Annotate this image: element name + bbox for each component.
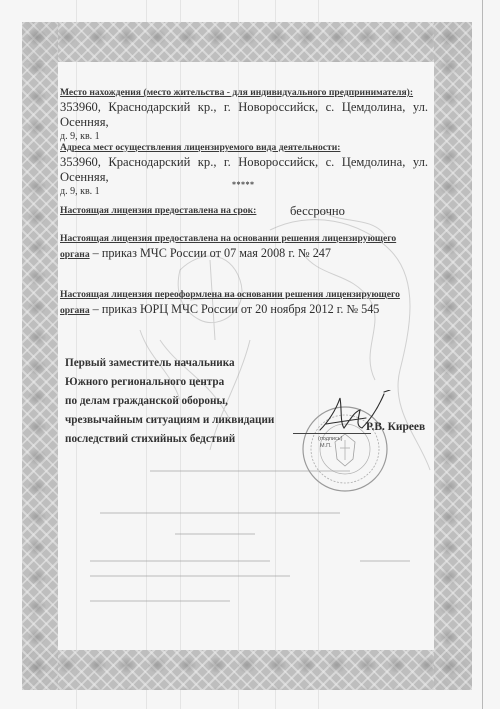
frame-border-bottom (22, 650, 472, 690)
activity-address-section: Адреса мест осуществления лицензируемого… (60, 141, 428, 199)
signature-line (293, 433, 371, 434)
term-section: Настоящая лицензия предоставлена на срок… (60, 204, 428, 218)
signature-caption: (подпись) М.П. (318, 436, 342, 450)
bleed-through-mark (90, 575, 290, 577)
bleed-through-mark (90, 600, 230, 602)
signatory-title: Первый заместитель начальника Южного рег… (65, 354, 274, 449)
frame-border-top (22, 22, 472, 62)
signatory-title-line: Южного регионального центра (65, 373, 274, 392)
signatory-title-line: последствий стихийных бедствий (65, 430, 274, 449)
location-address-line1: 353960, Краснодарский кр., г. Новороссий… (60, 100, 428, 130)
basis-issued-heading: Настоящая лицензия предоставлена на осно… (60, 232, 428, 246)
term-label: Настоящая лицензия предоставлена на срок… (60, 204, 256, 218)
signatory-title-line: чрезвычайным ситуациям и ликвидации (65, 411, 274, 430)
basis-reissued-heading: Настоящая лицензия переоформлена на осно… (60, 288, 428, 302)
signatory-name: Р.В. Киреев (366, 421, 425, 433)
signatory-title-line: Первый заместитель начальника (65, 354, 274, 373)
activity-address-heading: Адреса мест осуществления лицензируемого… (60, 141, 428, 155)
basis-reissued-line2: органа – приказ ЮРЦ МЧС России от 20 ноя… (60, 302, 428, 318)
location-heading: Место нахождения (место жительства - для… (60, 86, 428, 100)
signatory-title-line: по делам гражданской обороны, (65, 392, 274, 411)
location-section: Место нахождения (место жительства - для… (60, 86, 428, 144)
basis-reissued-section: Настоящая лицензия переоформлена на осно… (60, 288, 428, 318)
basis-reissued-order: – приказ ЮРЦ МЧС России от 20 ноября 201… (90, 302, 380, 316)
signature-label: (подпись) (318, 436, 342, 443)
basis-reissued-heading-organ: органа (60, 305, 90, 316)
basis-issued-line2: органа – приказ МЧС России от 07 мая 200… (60, 246, 428, 262)
bleed-through-mark (100, 512, 340, 514)
section-separator: ***** (232, 180, 255, 189)
basis-issued-order: – приказ МЧС России от 07 мая 2008 г. № … (90, 246, 331, 260)
basis-issued-section: Настоящая лицензия предоставлена на осно… (60, 232, 428, 262)
bleed-through-mark (175, 533, 255, 535)
bleed-through-mark (90, 560, 270, 562)
page-edge-line (482, 0, 483, 709)
seal-label: М.П. (318, 443, 342, 450)
document-page: Место нахождения (место жительства - для… (0, 0, 500, 709)
term-value: бессрочно (290, 204, 345, 219)
bleed-through-mark (360, 560, 410, 562)
basis-issued-heading-organ: органа (60, 249, 90, 260)
frame-border-left (22, 22, 58, 690)
